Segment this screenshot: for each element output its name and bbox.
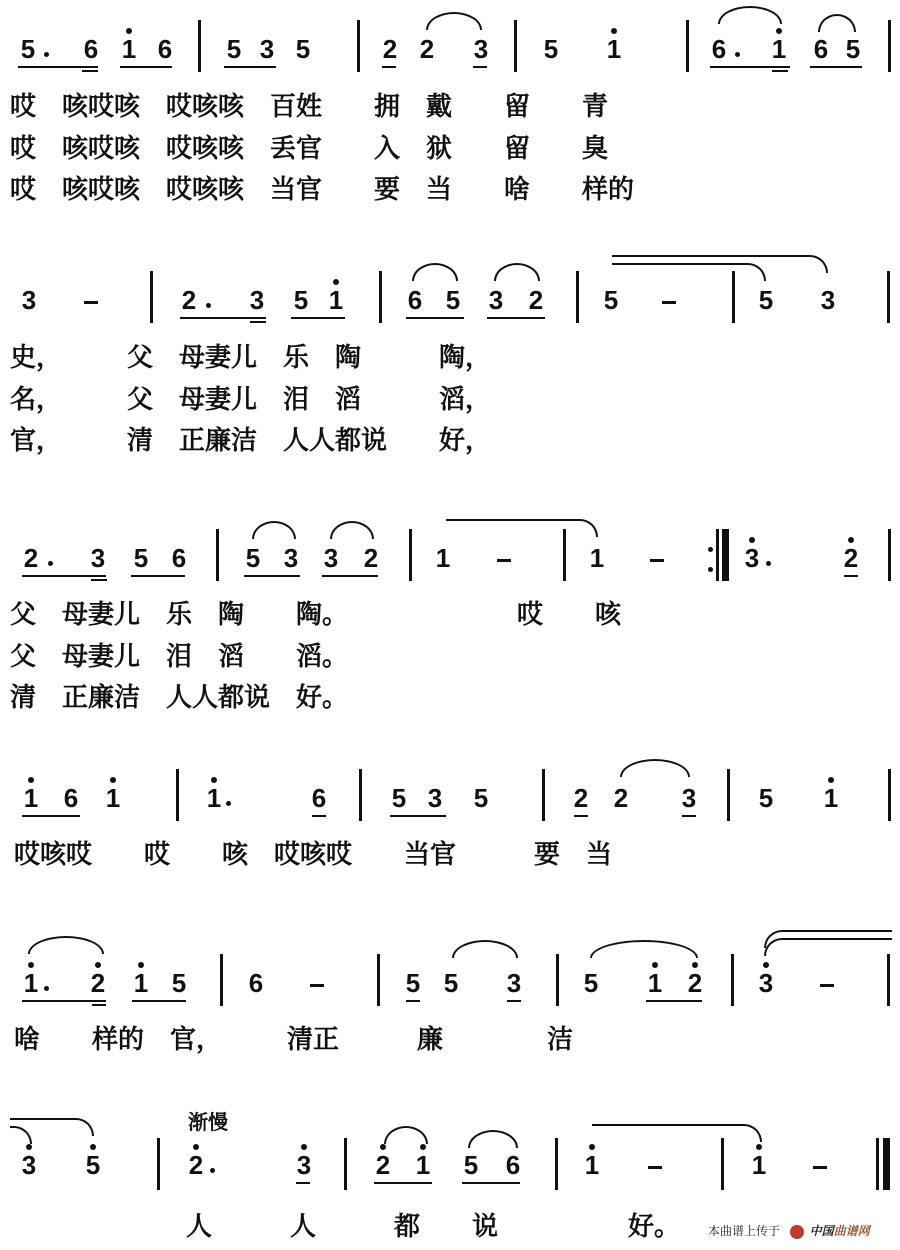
barline bbox=[359, 769, 362, 821]
note: 1 bbox=[325, 285, 347, 315]
lyric-verse-1: 史， 父 母妻儿 乐 陶 陶， bbox=[10, 343, 491, 373]
slur bbox=[620, 759, 690, 777]
watermark-brand-part1: 中国 bbox=[810, 1224, 834, 1238]
note: 2 bbox=[185, 1150, 207, 1180]
barline bbox=[887, 271, 890, 323]
note: 2 bbox=[570, 783, 592, 813]
augmentation-dot bbox=[210, 1168, 215, 1173]
note: 5 bbox=[223, 34, 245, 64]
note: 2 bbox=[372, 1150, 394, 1180]
note: 6 bbox=[308, 783, 330, 813]
underline-beam bbox=[18, 66, 98, 68]
underline-beam bbox=[91, 579, 107, 581]
barline bbox=[576, 271, 579, 323]
note: 3 bbox=[741, 543, 763, 573]
watermark-prefix: 本曲谱上传于 bbox=[708, 1224, 780, 1238]
note: 5 bbox=[168, 968, 190, 998]
augmentation-dot bbox=[44, 986, 49, 991]
note: 1 bbox=[603, 34, 625, 64]
barline bbox=[888, 769, 891, 821]
note: 5 bbox=[292, 34, 314, 64]
note: 3 bbox=[470, 34, 492, 64]
watermark: 本曲谱上传于 中国曲谱网 bbox=[708, 1222, 870, 1239]
lyric-line: 人 人 都 说 好。 bbox=[186, 1212, 680, 1242]
note: 6 bbox=[154, 34, 176, 64]
note: 5 bbox=[470, 783, 492, 813]
note: 2 bbox=[610, 783, 632, 813]
tie bbox=[592, 1124, 762, 1142]
underline-beam bbox=[374, 1182, 432, 1184]
slur bbox=[452, 940, 518, 958]
note: 5 bbox=[440, 968, 462, 998]
lyric-line: 哎咳哎 哎 咳 哎咳哎 当官 要 当 bbox=[14, 840, 612, 870]
lyric-line: 啥 样的 官， 清正 廉 洁 bbox=[14, 1025, 573, 1055]
barline bbox=[721, 1138, 724, 1190]
barline bbox=[216, 529, 219, 581]
note: 2 bbox=[416, 34, 438, 64]
note: 2 bbox=[20, 543, 42, 573]
underline-beam bbox=[462, 1182, 520, 1184]
underline-beam bbox=[22, 575, 106, 577]
underline-beam bbox=[296, 1182, 310, 1184]
lyric-verse-3: 官， 清 正廉洁 人人都说 好， bbox=[10, 426, 491, 456]
note: 1 bbox=[130, 968, 152, 998]
note: 3 bbox=[18, 285, 40, 315]
tempo-marking: 渐慢 bbox=[188, 1106, 228, 1135]
note: 3 bbox=[280, 543, 302, 573]
slur bbox=[412, 263, 458, 281]
lyric-verse-2: 名， 父 母妻儿 泪 滔 滔， bbox=[10, 385, 491, 415]
note: 6 bbox=[502, 1150, 524, 1180]
lyric-verse-2: 哎 咳哎咳 哎咳咳 丢官 入 狱 留 臭 bbox=[10, 134, 608, 164]
note: 3 bbox=[18, 1150, 40, 1180]
underline-beam bbox=[406, 317, 464, 319]
note: 5 bbox=[82, 1150, 104, 1180]
note: 3 bbox=[424, 783, 446, 813]
lyric-verse-3: 哎 咳哎咳 哎咳咳 当官 要 当 啥 样的 bbox=[10, 175, 634, 205]
underline-beam bbox=[574, 815, 588, 817]
extension-dash bbox=[84, 301, 98, 304]
barline bbox=[344, 1138, 347, 1190]
underline-beam bbox=[92, 1004, 106, 1006]
barline bbox=[220, 954, 223, 1006]
underline-beam bbox=[250, 321, 266, 323]
note: 3 bbox=[256, 34, 278, 64]
note: 3 bbox=[755, 968, 777, 998]
underline-beam bbox=[507, 1000, 521, 1002]
note: 3 bbox=[293, 1150, 315, 1180]
final-barline-thin bbox=[876, 1138, 879, 1190]
slur bbox=[468, 1130, 518, 1148]
site-logo-icon bbox=[790, 1225, 804, 1239]
barline bbox=[542, 769, 545, 821]
augmentation-dot bbox=[48, 561, 53, 566]
note: 1 bbox=[581, 1150, 603, 1180]
note: 1 bbox=[20, 968, 42, 998]
note: 3 bbox=[678, 783, 700, 813]
barline bbox=[377, 954, 380, 1006]
note: 1 bbox=[203, 783, 225, 813]
underline-beam bbox=[82, 70, 98, 72]
repeat-dot bbox=[708, 547, 713, 552]
note: 5 bbox=[242, 543, 264, 573]
underline-beam bbox=[291, 317, 345, 319]
note: 1 bbox=[20, 783, 42, 813]
note: 5 bbox=[755, 285, 777, 315]
underline-beam bbox=[120, 66, 172, 68]
barline bbox=[379, 271, 382, 323]
note: 5 bbox=[540, 34, 562, 64]
barline bbox=[686, 20, 689, 72]
slur bbox=[718, 6, 782, 24]
note: 5 bbox=[130, 543, 152, 573]
note: 5 bbox=[290, 285, 312, 315]
note: 1 bbox=[102, 783, 124, 813]
lyric-verse-1: 父 母妻儿 乐 陶 陶。 哎 咳 bbox=[10, 600, 621, 630]
note: 2 bbox=[360, 543, 382, 573]
underline-beam bbox=[390, 815, 446, 817]
note: 2 bbox=[178, 285, 200, 315]
note: 6 bbox=[708, 34, 730, 64]
lyric-verse-3: 清 正廉洁 人人都说 好。 bbox=[10, 683, 348, 713]
note: 5 bbox=[600, 285, 622, 315]
barline bbox=[727, 769, 730, 821]
extension-dash bbox=[648, 1166, 662, 1169]
note: 6 bbox=[245, 968, 267, 998]
note: 6 bbox=[80, 34, 102, 64]
note: 5 bbox=[580, 968, 602, 998]
repeat-end-barline bbox=[716, 529, 719, 581]
note: 3 bbox=[817, 285, 839, 315]
slur bbox=[494, 263, 540, 281]
slur bbox=[426, 12, 482, 30]
extension-dash bbox=[310, 984, 324, 987]
lyric-verse-1: 哎 咳哎咳 哎咳咳 百姓 拥 戴 留 青 bbox=[10, 92, 608, 122]
note: 1 bbox=[748, 1150, 770, 1180]
augmentation-dot bbox=[226, 801, 231, 806]
note: 5 bbox=[442, 285, 464, 315]
note: 3 bbox=[503, 968, 525, 998]
lyric-verse-2: 父 母妻儿 泪 滔 滔。 bbox=[10, 642, 348, 672]
barline bbox=[888, 529, 891, 581]
note: 3 bbox=[87, 543, 109, 573]
barline bbox=[357, 20, 360, 72]
repeat-end-barline-thick bbox=[722, 529, 729, 581]
underline-beam bbox=[487, 317, 545, 319]
note: 6 bbox=[168, 543, 190, 573]
extension-dash bbox=[662, 301, 676, 304]
watermark-brand-part2: 曲谱网 bbox=[834, 1224, 870, 1238]
extension-dash bbox=[813, 1166, 827, 1169]
underline-beam bbox=[382, 66, 396, 68]
barline bbox=[555, 1138, 558, 1190]
slur bbox=[252, 521, 296, 539]
barline bbox=[409, 529, 412, 581]
barline bbox=[556, 954, 559, 1006]
extension-dash bbox=[820, 984, 834, 987]
barline bbox=[198, 20, 201, 72]
note: 1 bbox=[644, 968, 666, 998]
note: 2 bbox=[684, 968, 706, 998]
note: 1 bbox=[412, 1150, 434, 1180]
underline-beam bbox=[772, 70, 788, 72]
slur bbox=[384, 1126, 428, 1144]
augmentation-dot bbox=[766, 561, 771, 566]
underline-beam bbox=[646, 1000, 702, 1002]
barline bbox=[176, 769, 179, 821]
underline-beam bbox=[473, 66, 487, 68]
underline-beam bbox=[180, 317, 266, 319]
note: 6 bbox=[810, 34, 832, 64]
final-barline-thick bbox=[883, 1138, 890, 1190]
underline-beam bbox=[322, 575, 378, 577]
slur bbox=[330, 521, 374, 539]
note: 5 bbox=[17, 34, 39, 64]
note: 2 bbox=[840, 543, 862, 573]
note: 2 bbox=[87, 968, 109, 998]
note: 5 bbox=[388, 783, 410, 813]
underline-beam bbox=[224, 66, 276, 68]
repeat-dot bbox=[708, 567, 713, 572]
slur bbox=[28, 936, 104, 954]
tie bbox=[446, 519, 598, 537]
note: 5 bbox=[842, 34, 864, 64]
barline bbox=[731, 954, 734, 1006]
slur bbox=[590, 940, 698, 958]
underline-beam bbox=[844, 575, 858, 577]
augmentation-dot bbox=[44, 52, 49, 57]
barline bbox=[888, 20, 891, 72]
underline-beam bbox=[682, 815, 696, 817]
note: 5 bbox=[460, 1150, 482, 1180]
barline bbox=[150, 271, 153, 323]
note: 5 bbox=[755, 783, 777, 813]
note: 1 bbox=[118, 34, 140, 64]
barline bbox=[157, 1138, 160, 1190]
note: 5 bbox=[402, 968, 424, 998]
underline-beam bbox=[22, 1000, 106, 1002]
note: 1 bbox=[768, 34, 790, 64]
slur bbox=[818, 14, 856, 32]
note: 1 bbox=[586, 543, 608, 573]
underline-beam bbox=[710, 66, 790, 68]
underline-beam bbox=[810, 66, 862, 68]
underline-beam bbox=[312, 815, 326, 817]
note: 2 bbox=[525, 285, 547, 315]
tie bbox=[764, 938, 892, 956]
note: 1 bbox=[432, 543, 454, 573]
note: 3 bbox=[320, 543, 342, 573]
note: 3 bbox=[485, 285, 507, 315]
note: 3 bbox=[246, 285, 268, 315]
underline-beam bbox=[406, 1000, 420, 1002]
augmentation-dot bbox=[206, 303, 211, 308]
augmentation-dot bbox=[735, 52, 740, 57]
extension-dash bbox=[650, 559, 664, 562]
tie bbox=[612, 263, 766, 281]
barline bbox=[514, 20, 517, 72]
underline-beam bbox=[131, 575, 185, 577]
note: 6 bbox=[404, 285, 426, 315]
note: 2 bbox=[379, 34, 401, 64]
note: 6 bbox=[60, 783, 82, 813]
underline-beam bbox=[132, 1000, 186, 1002]
underline-beam bbox=[22, 815, 80, 817]
underline-beam bbox=[244, 575, 300, 577]
note: 1 bbox=[820, 783, 842, 813]
barline bbox=[887, 954, 890, 1006]
extension-dash bbox=[497, 559, 511, 562]
